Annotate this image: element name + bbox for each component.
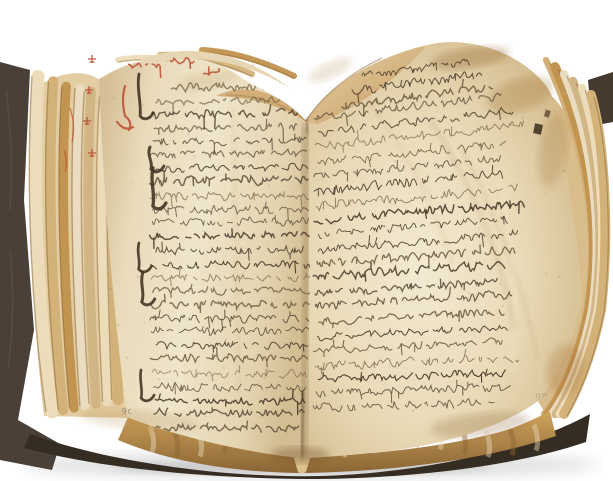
manuscript-photo: 9c gw — [0, 0, 613, 481]
open-book-illustration: 9c gw — [0, 0, 613, 481]
folio-mark-right: gw — [535, 390, 548, 400]
folio-mark-left: 9c — [122, 406, 133, 416]
